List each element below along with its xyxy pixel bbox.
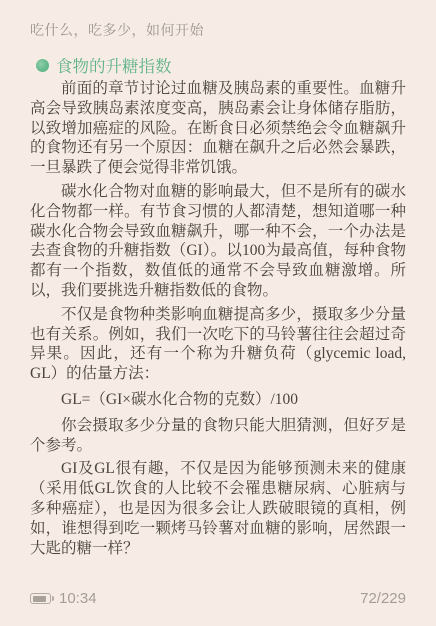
battery-level-fill: [33, 596, 46, 602]
gl-formula: GL=（GI×碳水化合物的克数）/100: [30, 390, 406, 410]
status-left: 10:34: [30, 590, 97, 607]
chapter-title: 吃什么，吃多少，如何开始: [30, 20, 406, 40]
body-paragraph: 前面的章节讨论过血糖及胰岛素的重要性。血糖升高会导致胰岛素浓度变高，胰岛素会让身…: [30, 79, 406, 178]
body-paragraph: 碳水化合物对血糖的影响最大，但不是所有的碳水化合物都一样。有节食习惯的人都清楚，…: [30, 182, 406, 301]
status-bar: 10:34 72/229: [30, 590, 406, 607]
clock-time: 10:34: [59, 590, 97, 607]
section-title: 食物的升糖指数: [56, 53, 172, 77]
reading-content: 前面的章节讨论过血糖及胰岛素的重要性。血糖升高会导致胰岛素浓度变高，胰岛素会让身…: [30, 79, 406, 562]
body-paragraph: GI及GL很有趣，不仅是因为能够预测未来的健康（采用低GL饮食的人比较不会罹患糖…: [30, 459, 406, 558]
page-progress: 72/229: [360, 590, 406, 607]
body-paragraph: 不仅是食物种类影响血糖提高多少，摄取多少分量也有关系。例如，我们一次吃下的马铃薯…: [30, 305, 406, 384]
body-paragraph: 你会摄取多少分量的食物只能大胆猜测，但好歹是个参考。: [30, 416, 406, 456]
battery-icon: [30, 593, 51, 604]
section-heading: 食物的升糖指数: [36, 53, 406, 77]
reader-page[interactable]: 吃什么，吃多少，如何开始 食物的升糖指数 前面的章节讨论过血糖及胰岛素的重要性。…: [0, 0, 436, 626]
green-dot-icon: [36, 59, 49, 72]
